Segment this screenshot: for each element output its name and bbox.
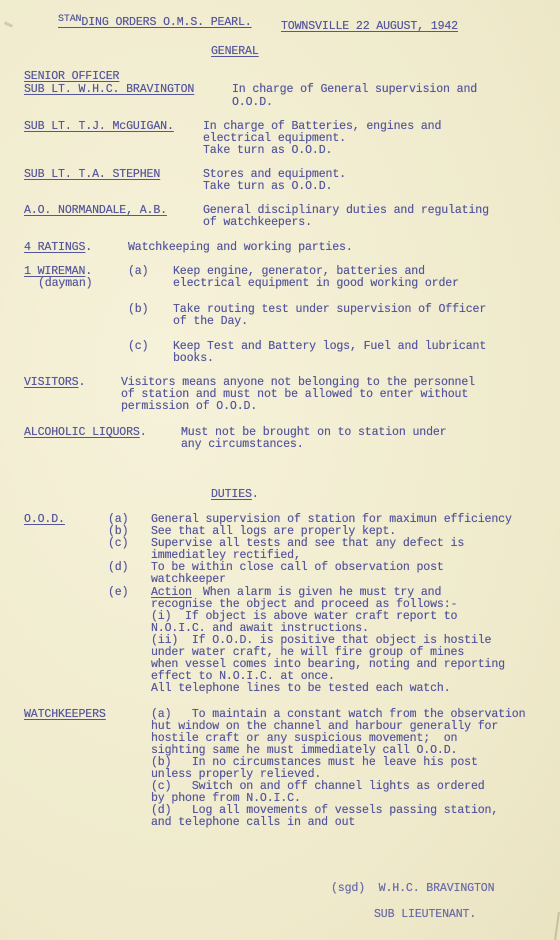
paper-mark — [4, 21, 13, 28]
role-ratings: 4 RATINGS. — [24, 242, 92, 255]
duty-line: of the Day. — [173, 316, 248, 329]
role-stephen: SUB LT. T.A. STEPHEN — [24, 169, 160, 182]
duty-line: and telephone calls in and out — [151, 817, 355, 830]
item-label: (e) — [108, 587, 128, 600]
role-normandale: A.O. NORMANDALE, A.B. — [24, 205, 167, 218]
ratings-duty: Watchkeeping and working parties. — [128, 242, 353, 255]
wireman-sub: (dayman) — [38, 278, 92, 291]
item-label: (d) — [108, 562, 128, 575]
duty-line: any circumstances. — [181, 439, 304, 452]
duty-line: O.O.D. — [232, 97, 273, 110]
duty-line: books. — [173, 353, 214, 366]
section-heading-general: GENERAL — [211, 46, 259, 59]
duty-line: Take turn as O.O.D. — [203, 181, 332, 194]
duty-line: In charge of General supervision and — [232, 84, 477, 97]
duty-line: Keep Test and Battery logs, Fuel and lub… — [173, 341, 486, 354]
signature-name: (sgd) W.H.C. BRAVINGTON — [331, 883, 494, 896]
role-mcguigan: SUB LT. T.J. McGUIGAN. — [24, 121, 174, 134]
document-page: STANDING ORDERS O.M.S. PEARL. TOWNSVILLE… — [0, 0, 560, 940]
duty-line: All telephone lines to be tested each wa… — [151, 683, 451, 696]
duty-line: permission of O.O.D. — [121, 401, 257, 414]
item-label: (b) — [128, 304, 148, 317]
role-bravington: SUB LT. W.H.C. BRAVINGTON — [24, 84, 194, 97]
item-label: (c) — [128, 341, 148, 354]
role-visitors: VISITORS. — [24, 377, 85, 390]
signature-rank: SUB LIEUTENANT. — [374, 909, 476, 922]
duty-line: watchkeeper — [151, 574, 226, 587]
role-ood: O.O.D. — [24, 514, 65, 527]
role-watchkeepers: WATCHKEEPERS — [24, 709, 106, 722]
duty-line: of watchkeepers. — [203, 217, 312, 230]
item-label: (a) — [128, 266, 148, 279]
document-title: STANDING ORDERS O.M.S. PEARL. — [58, 17, 252, 31]
location-date: TOWNSVILLE 22 AUGUST, 1942 — [281, 21, 458, 34]
paper-edge — [554, 912, 560, 940]
role-liquors: ALCOHOLIC LIQUORS. — [24, 427, 147, 440]
senior-officer-label: SENIOR OFFICER — [24, 71, 119, 84]
item-label: (c) — [108, 538, 128, 551]
duty-line: Take turn as O.O.D. — [203, 145, 332, 158]
section-heading-duties: DUTIES. — [211, 489, 259, 502]
duty-line: electrical equipment in good working ord… — [173, 278, 459, 291]
